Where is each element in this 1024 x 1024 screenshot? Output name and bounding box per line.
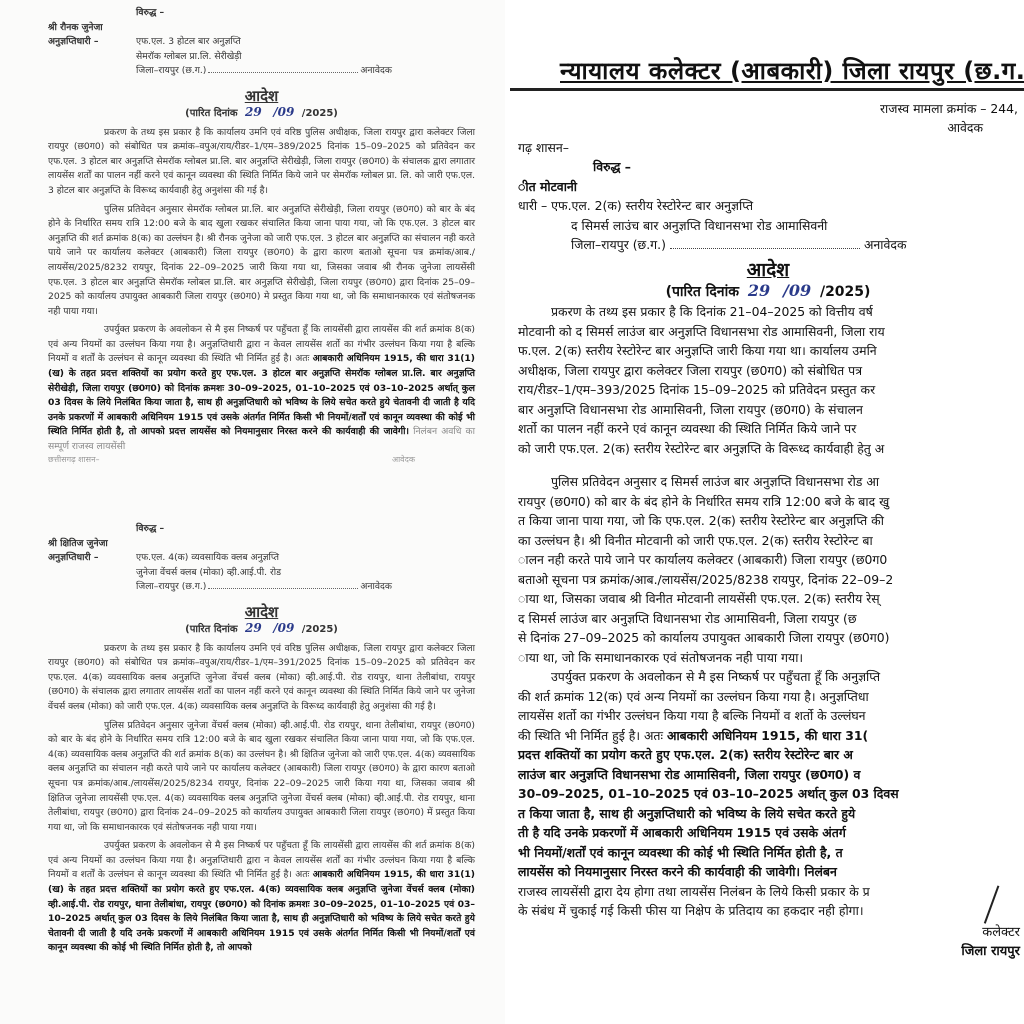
versus-label: विरुद्ध – <box>136 6 475 21</box>
heading-rule <box>510 88 1024 91</box>
district: जिला–रायपुर (छ.ग.) <box>136 580 206 595</box>
handwritten-month: /09 <box>269 105 298 119</box>
text-line: अधीक्षक, जिला रायपुर द्वारा कलेक्टर जिला… <box>518 361 1024 381</box>
paragraph-police-report: पुलिस प्रतिवेदन अनुसार द सिमर्स लाउंज बा… <box>518 472 1024 667</box>
cut-line: छत्तीसगढ़ शासन– आवेदक <box>48 453 475 468</box>
order-document-kshitij-juneja: विरुद्ध – श्री क्षितिज जुनेजा अनुज्ञप्ति… <box>0 514 505 1024</box>
handwritten-month: /09 <box>779 281 815 300</box>
respondent-name: श्री क्षितिज जुनेजा <box>48 537 475 552</box>
text-line: ाया था, जो कि समाधानकारक एवं संतोषजनक नह… <box>518 648 1024 668</box>
licensee-block: अनुज्ञप्तिधारी – एफ.एल. 3 होटल बार अनुज्… <box>48 35 475 79</box>
text-line: 30–09–2025, 01–10–2025 एवं 03–10–2025 अर… <box>518 784 1024 804</box>
paragraph-police-report: पुलिस प्रतिवेदन अनुसार जुनेजा वेंचर्स क्… <box>48 719 475 836</box>
text-line: बताओ सूचना पत्र क्रमांक/आब./लायसेंस/2025… <box>518 570 1024 590</box>
paragraph-order: उपर्युक्त प्रकरण के अवलोकन से मै इस निष्… <box>48 839 475 956</box>
text-line: भी नियमों/शर्तों एवं कानून व्यवस्था की क… <box>518 843 1024 863</box>
licensee-label: अनुज्ञप्तिधारी – <box>48 35 136 79</box>
text-line: शर्तो का पालन नहीं करने एवं कानून व्यवस्… <box>518 419 1024 439</box>
text-line: लायसेंस को नियमानुसार निरस्त करने की कार… <box>518 862 1024 882</box>
versus-label: विरुद्ध – <box>136 522 475 537</box>
respondent-name: ीत मोटवानी <box>518 177 1024 197</box>
licensee-label: अनुज्ञप्तिधारी – <box>48 551 136 595</box>
text-line: फ.एल. 2(क) स्तरीय रेस्टोरेन्ट बार अनुज्ञ… <box>518 341 1024 361</box>
order-operative-text: आबकारी अधिनियम 1915, की धारा 31(1)(ख) के… <box>48 869 475 953</box>
district: जिला–रायपुर (छ.ग.) <box>136 64 206 79</box>
licensee-address: एफ.एल. 4(क) व्यवसायिक क्लब अनुज्ञप्ति जु… <box>136 551 475 595</box>
text-line: लायसेंस शर्तो का गंभीर उल्लंघन किया गया … <box>518 706 1024 726</box>
non-applicant-label: अनावेदक <box>360 64 392 79</box>
text-line: का उल्लंघन है। श्री विनीत मोटवानी को जार… <box>518 531 1024 551</box>
text-line: राजस्व लायसेंसी द्वारा देय होगा तथा लायस… <box>518 882 1024 902</box>
text-line: को जारी एफ.एल. 2(क) स्तरीय रेस्टोरेन्ट ब… <box>518 439 1024 459</box>
handwritten-day: 29 <box>241 105 266 119</box>
court-heading: न्यायालय कलेक्टर (आबकारी) जिला रायपुर (छ… <box>560 62 1024 82</box>
versus-label: विरुद्ध – <box>593 157 1024 177</box>
paragraph-facts: प्रकरण के तथ्य इस प्रकार है कि कार्यालय … <box>48 642 475 715</box>
dotted-leader <box>208 580 358 589</box>
paragraph-police-report: पुलिस प्रतिवेदन अनुसार सेमरॉक ग्लोबल प्र… <box>48 203 475 320</box>
text-line: ती है यदि उनके प्रकरणों में आबकारी अधिनि… <box>518 823 1024 843</box>
licensee-address: एफ.एल. 3 होटल बार अनुज्ञप्ति सेमरॉक ग्लो… <box>136 35 475 79</box>
order-body: विरुद्ध – श्री क्षितिज जुनेजा अनुज्ञप्ति… <box>48 522 475 956</box>
order-operative-text: आबकारी अधिनियम 1915, की धारा 31(1)(ख) के… <box>48 353 475 437</box>
order-title: आदेश <box>48 603 475 621</box>
licensee-block: अनुज्ञप्तिधारी – एफ.एल. 4(क) व्यवसायिक क… <box>48 551 475 595</box>
district: जिला–रायपुर (छ.ग.) <box>571 235 666 255</box>
handwritten-day: 29 <box>241 621 266 635</box>
dotted-leader <box>670 238 860 249</box>
paragraph-facts: प्रकरण के तथ्य इस प्रकार है कि दिनांक 21… <box>518 302 1024 458</box>
address-line: द सिमर्स लाउंच बार अनुज्ञप्ति विधानसभा र… <box>571 216 1024 236</box>
text-line: राय/रीडर–1/एम–393/2025 दिनांक 15–09–2025… <box>518 380 1024 400</box>
address-line: जुनेजा वेंचर्स क्लब (मोका) व्ही.आई.पी. र… <box>136 566 475 581</box>
non-applicant-label: अनावेदक <box>360 580 392 595</box>
order-body: विरुद्ध – श्री रौनक जुनेजा अनुज्ञप्तिधार… <box>48 6 475 467</box>
passed-date: (पारित दिनांक 29 /09 /2025) <box>518 281 1018 303</box>
applicant-label: आवेदक <box>518 118 983 138</box>
text-line: से दिनांक 27–09–2025 को कार्यालय उपायुक्… <box>518 628 1024 648</box>
signature-district: जिला रायपुर <box>518 942 1020 962</box>
respondent-name: श्री रौनक जुनेजा <box>48 21 475 36</box>
order-title: आदेश <box>48 87 475 105</box>
text-line: के संबंध में चुकाई गई किसी फीस या निक्षे… <box>518 901 1024 921</box>
passed-date: (पारित दिनांक 29 /09 /2025) <box>48 105 475 122</box>
order-title: आदेश <box>518 259 1018 281</box>
non-applicant-label: अनावेदक <box>864 235 907 255</box>
text-line: बार अनुज्ञप्ति विधानसभा रोड आमासिवनी, जि… <box>518 400 1024 420</box>
address-line: सेमरॉक ग्लोबल प्रा.लि. सेरीखेड़ी <box>136 50 475 65</box>
order-document-vineet-motwani: न्यायालय कलेक्टर (आबकारी) जिला रायपुर (छ… <box>510 0 1024 1024</box>
paragraph-facts: प्रकरण के तथ्य इस प्रकार है कि कार्यालय … <box>48 126 475 199</box>
address-line: एफ.एल. 4(क) व्यवसायिक क्लब अनुज्ञप्ति <box>136 551 475 566</box>
paragraph-order: उपर्युक्त प्रकरण के अवलोकन से मै इस निष्… <box>518 667 1024 921</box>
signature-title: कलेक्टर <box>518 923 1020 943</box>
handwritten-month: /09 <box>269 621 298 635</box>
text-line: प्रदत्त शक्तियों का प्रयोग करते हुए एफ.ए… <box>518 745 1024 765</box>
text-line: ाया था, जिसका जवाब श्री विनीत मोटवानी ला… <box>518 589 1024 609</box>
text-line: की शर्त क्रमांक 12(क) एवं अन्य नियमों का… <box>518 687 1024 707</box>
text-line: की स्थिति भी निर्मित हुई है। अतः आबकारी … <box>518 726 1024 746</box>
text-line: रायपुर (छ0ग0) को बार के बंद होने के निर्… <box>518 492 1024 512</box>
text-line: प्रकरण के तथ्य इस प्रकार है कि दिनांक 21… <box>518 302 1024 322</box>
text-line: उपर्युक्त प्रकरण के अवलोकन से मै इस निष्… <box>518 667 1024 687</box>
text-line: ालन नही करते पाये जाने पर कार्यालय कलेक्… <box>518 550 1024 570</box>
order-body: न्यायालय कलेक्टर (आबकारी) जिला रायपुर (छ… <box>518 0 1024 962</box>
text-line: लाउंज बार अनुज्ञप्ति विधानसभा रोड आमासिव… <box>518 765 1024 785</box>
government-line: गढ़ शासन– <box>518 138 1024 158</box>
dotted-leader <box>208 64 358 73</box>
text-line: पुलिस प्रतिवेदन अनुसार द सिमर्स लाउंज बा… <box>518 472 1024 492</box>
handwritten-day: 29 <box>744 281 774 300</box>
case-number: राजस्व मामला क्रमांक – 244, <box>518 99 1018 119</box>
paragraph-order: उपर्युक्त प्रकरण के अवलोकन से मै इस निष्… <box>48 323 475 454</box>
passed-date: (पारित दिनांक 29 /09 /2025) <box>48 621 475 638</box>
text-line: द सिमर्स लाउंज बार अनुज्ञप्ति विधानसभा र… <box>518 609 1024 629</box>
text-line: त किया जाना पाया गया, जो कि एफ.एल. 2(क) … <box>518 511 1024 531</box>
licensee-line: धारी – एफ.एल. 2(क) स्तरीय रेस्टोरेन्ट बा… <box>518 196 1024 216</box>
text-line: मोटवानी को द सिमर्स लाउंज बार अनुज्ञप्ति… <box>518 322 1024 342</box>
address-line: एफ.एल. 3 होटल बार अनुज्ञप्ति <box>136 35 475 50</box>
order-document-ronak-juneja: विरुद्ध – श्री रौनक जुनेजा अनुज्ञप्तिधार… <box>0 0 505 514</box>
text-line: त किया जाता है, साथ ही अनुज्ञप्तिधारी को… <box>518 804 1024 824</box>
